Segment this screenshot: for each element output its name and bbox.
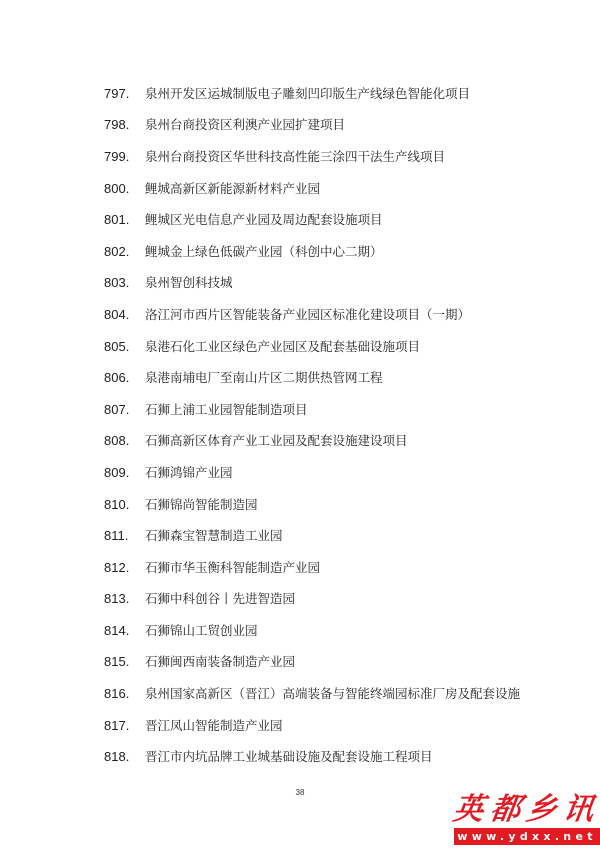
item-number: 798.	[104, 115, 145, 135]
watermark-char: 讯	[561, 784, 599, 828]
list-item: 812.石狮市华玉衡科智能制造产业园	[104, 552, 544, 584]
list-item: 806.泉港南埔电厂至南山片区二期供热管网工程	[104, 362, 544, 394]
item-text: 鲤城区光电信息产业园及周边配套设施项目	[145, 210, 383, 230]
watermark-char: 英	[451, 784, 489, 828]
item-number: 814.	[104, 621, 145, 641]
item-text: 石狮高新区体育产业工业园及配套设施建设项目	[145, 431, 408, 451]
item-number: 808.	[104, 431, 145, 451]
item-number: 804.	[104, 305, 145, 325]
item-text: 石狮森宝智慧制造工业园	[145, 526, 283, 546]
item-number: 805.	[104, 337, 145, 357]
list-item: 798.泉州台商投资区利澳产业园扩建项目	[104, 110, 544, 142]
list-item: 802.鲤城金上绿色低碳产业园（科创中心二期）	[104, 236, 544, 268]
list-item: 804.洛江河市西片区智能装备产业园区标准化建设项目（一期）	[104, 299, 544, 331]
list-item: 816.泉州国家高新区（晋江）高端装备与智能终端园标准厂房及配套设施	[104, 678, 544, 710]
item-number: 800.	[104, 179, 145, 199]
watermark-url-bar: www.ydxx.net	[454, 828, 600, 845]
list-item: 813.石狮中科创谷丨先进智造园	[104, 584, 544, 616]
item-text: 鲤城高新区新能源新材料产业园	[145, 179, 320, 199]
item-number: 797.	[104, 84, 145, 104]
document-page: 797.泉州开发区运城制版电子雕刻凹印版生产线绿色智能化项目 798.泉州台商投…	[0, 0, 600, 849]
list-item: 805.泉港石化工业区绿色产业园区及配套基础设施项目	[104, 331, 544, 363]
item-number: 810.	[104, 495, 145, 515]
item-text: 泉州台商投资区华世科技高性能三涂四干法生产线项目	[145, 147, 445, 167]
item-text: 泉港石化工业区绿色产业园区及配套基础设施项目	[145, 337, 420, 357]
item-number: 806.	[104, 368, 145, 388]
item-number: 799.	[104, 147, 145, 167]
item-number: 816.	[104, 684, 145, 704]
item-text: 鲤城金上绿色低碳产业园（科创中心二期）	[145, 242, 383, 262]
item-number: 813.	[104, 589, 145, 609]
item-text: 泉州智创科技城	[145, 273, 233, 293]
list-item: 810.石狮锦尚智能制造园	[104, 489, 544, 521]
list-item: 800.鲤城高新区新能源新材料产业园	[104, 173, 544, 205]
item-text: 泉州国家高新区（晋江）高端装备与智能终端园标准厂房及配套设施	[145, 684, 520, 704]
list-item: 811.石狮森宝智慧制造工业园	[104, 520, 544, 552]
item-text: 晋江市内坑品牌工业城基础设施及配套设施工程项目	[145, 747, 433, 767]
watermark-logo: 英 都 乡 讯 www.ydxx.net	[450, 786, 600, 849]
item-number: 812.	[104, 558, 145, 578]
watermark-title: 英 都 乡 讯	[454, 786, 596, 826]
list-item: 807.石狮上浦工业园智能制造项目	[104, 394, 544, 426]
watermark-char: 乡	[524, 784, 562, 828]
item-number: 809.	[104, 463, 145, 483]
item-number: 818.	[104, 747, 145, 767]
item-text: 石狮锦山工贸创业园	[145, 621, 258, 641]
item-text: 洛江河市西片区智能装备产业园区标准化建设项目（一期）	[145, 305, 470, 325]
project-list: 797.泉州开发区运城制版电子雕刻凹印版生产线绿色智能化项目 798.泉州台商投…	[104, 78, 544, 773]
item-number: 803.	[104, 273, 145, 293]
item-text: 泉州开发区运城制版电子雕刻凹印版生产线绿色智能化项目	[145, 84, 470, 104]
item-text: 石狮锦尚智能制造园	[145, 495, 258, 515]
item-number: 811.	[104, 526, 145, 546]
item-number: 815.	[104, 652, 145, 672]
list-item: 799.泉州台商投资区华世科技高性能三涂四干法生产线项目	[104, 141, 544, 173]
list-item: 797.泉州开发区运城制版电子雕刻凹印版生产线绿色智能化项目	[104, 78, 544, 110]
list-item: 818.晋江市内坑品牌工业城基础设施及配套设施工程项目	[104, 741, 544, 773]
item-number: 807.	[104, 400, 145, 420]
watermark-char: 都	[488, 784, 526, 828]
item-text: 泉港南埔电厂至南山片区二期供热管网工程	[145, 368, 383, 388]
item-number: 802.	[104, 242, 145, 262]
item-text: 石狮鸿锦产业园	[145, 463, 233, 483]
list-item: 808.石狮高新区体育产业工业园及配套设施建设项目	[104, 426, 544, 458]
item-text: 泉州台商投资区利澳产业园扩建项目	[145, 115, 345, 135]
list-item: 809.石狮鸿锦产业园	[104, 457, 544, 489]
list-item: 817.晋江凤山智能制造产业园	[104, 710, 544, 742]
list-item: 801.鲤城区光电信息产业园及周边配套设施项目	[104, 204, 544, 236]
item-text: 晋江凤山智能制造产业园	[145, 716, 283, 736]
watermark-url: www.ydxx.net	[457, 830, 597, 843]
list-item: 803.泉州智创科技城	[104, 268, 544, 300]
item-text: 石狮闽西南装备制造产业园	[145, 652, 295, 672]
item-number: 817.	[104, 716, 145, 736]
item-text: 石狮上浦工业园智能制造项目	[145, 400, 308, 420]
list-item: 815.石狮闽西南装备制造产业园	[104, 647, 544, 679]
item-text: 石狮市华玉衡科智能制造产业园	[145, 558, 320, 578]
list-item: 814.石狮锦山工贸创业园	[104, 615, 544, 647]
item-number: 801.	[104, 210, 145, 230]
item-text: 石狮中科创谷丨先进智造园	[145, 589, 295, 609]
